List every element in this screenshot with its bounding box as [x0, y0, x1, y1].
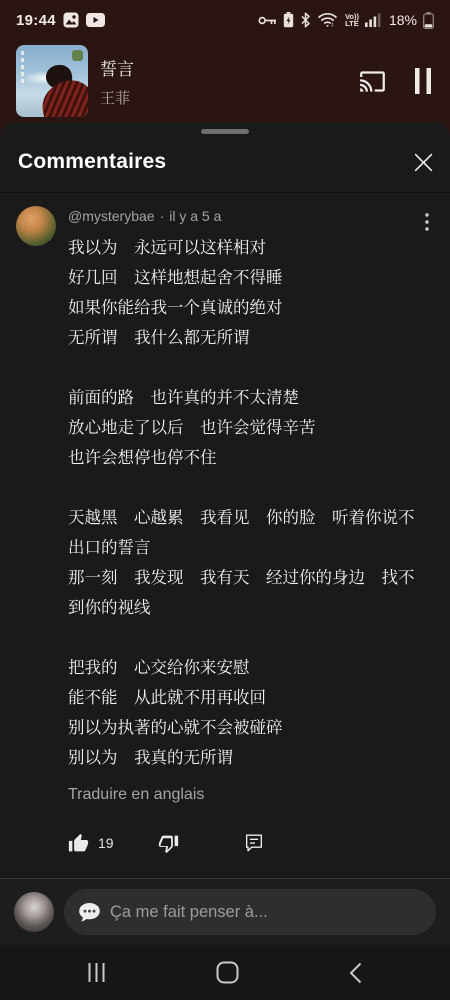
wifi-icon: [317, 12, 339, 29]
battery-charging-icon: [283, 12, 294, 28]
gallery-notification-icon: [63, 12, 79, 28]
kebab-menu-icon[interactable]: [414, 209, 440, 235]
system-nav-bar: [0, 945, 450, 1000]
comment-line: 把我的 心交给你来安慰: [68, 653, 434, 683]
comment-author[interactable]: @mysterybae: [68, 208, 155, 224]
comment-line: 好几回 这样地想起舍不得睡: [68, 263, 434, 293]
battery-percent-label: 18%: [389, 12, 417, 28]
like-count: 19: [98, 835, 114, 851]
reply-comment-icon: [243, 832, 265, 854]
bluetooth-icon: [300, 12, 311, 28]
song-artist: 王菲: [100, 87, 359, 108]
comment-line: 别以为 我真的无所谓: [68, 743, 434, 773]
youtube-notification-icon: [86, 13, 105, 27]
vpn-key-icon: [258, 14, 277, 27]
translate-link[interactable]: Traduire en anglais: [68, 786, 204, 804]
comment-line: 如果你能给我一个真诚的绝对: [68, 293, 434, 323]
home-icon[interactable]: [216, 961, 239, 984]
sheet-title: Commentaires: [18, 150, 166, 174]
mini-player-bar[interactable]: 誓言 王菲: [0, 40, 450, 122]
dislike-button[interactable]: [158, 833, 179, 854]
cast-icon[interactable]: [359, 68, 386, 95]
comment-line: 我以为 永远可以这样相对: [68, 233, 434, 263]
comments-list: @mysterybae · il y a 5 a 我以为 永远可以这样相对 好几…: [0, 193, 450, 878]
commenter-avatar[interactable]: [16, 206, 56, 246]
album-art-label-logo: [72, 50, 83, 61]
like-button[interactable]: 19: [68, 833, 114, 854]
volte-icon: Vo)) LTE: [345, 13, 359, 27]
comment-line: 出口的誓言: [68, 533, 434, 563]
signal-strength-icon: [365, 13, 381, 27]
comment-line: 无所谓 我什么都无所谓: [68, 323, 434, 353]
comment-composer: [0, 878, 450, 945]
comment-line: 能不能 从此就不用再收回: [68, 683, 434, 713]
comment-line: 也许会想停也停不住: [68, 443, 434, 473]
battery-icon: [423, 12, 434, 29]
comment-line: 那一刻 我发现 我有天 经过你的身边 找不: [68, 563, 434, 593]
comment-text: 我以为 永远可以这样相对 好几回 这样地想起舍不得睡 如果你能给我一个真诚的绝对…: [68, 233, 434, 773]
comment-line: [68, 623, 434, 653]
comment-line: 天越黑 心越累 我看见 你的脸 听着你说不: [68, 503, 434, 533]
thumb-up-icon: [68, 833, 89, 854]
close-icon[interactable]: [402, 147, 436, 177]
comment-line: 到你的视线: [68, 593, 434, 623]
sheet-header: Commentaires: [0, 122, 450, 193]
pause-icon[interactable]: [414, 68, 432, 94]
comment-line: 前面的路 也许真的并不太清楚: [68, 383, 434, 413]
comments-sheet: Commentaires @mysterybae · il y a 5 a 我以…: [0, 122, 450, 1000]
comment-input-field[interactable]: [64, 889, 436, 935]
comment-meta: @mysterybae · il y a 5 a: [68, 206, 434, 226]
comment-actions: 19: [68, 828, 434, 858]
clock: 19:44: [16, 12, 56, 29]
album-art[interactable]: [16, 45, 88, 117]
thumb-down-icon: [158, 833, 179, 854]
comment-line: [68, 353, 434, 383]
meta-separator: ·: [160, 208, 165, 224]
comment-line: 别以为执著的心就不会被碰碎: [68, 713, 434, 743]
recents-icon[interactable]: [88, 962, 105, 983]
reply-comment-button[interactable]: [243, 832, 265, 854]
speech-bubble-emoji-icon: [78, 902, 101, 923]
status-bar: 19:44 Vo)) LTE: [0, 0, 450, 40]
comment-age: il y a 5 a: [169, 208, 221, 224]
comment-item: @mysterybae · il y a 5 a 我以为 永远可以这样相对 好几…: [16, 206, 434, 858]
user-avatar: [14, 892, 54, 932]
comment-line: [68, 473, 434, 503]
song-title: 誓言: [100, 55, 359, 80]
comment-input[interactable]: [110, 903, 422, 922]
back-icon[interactable]: [349, 962, 362, 984]
album-art-calligraphy: [21, 51, 24, 85]
comment-line: 放心地走了以后 也许会觉得辛苦: [68, 413, 434, 443]
phone-screen: 19:44 Vo)) LTE: [0, 0, 450, 1000]
